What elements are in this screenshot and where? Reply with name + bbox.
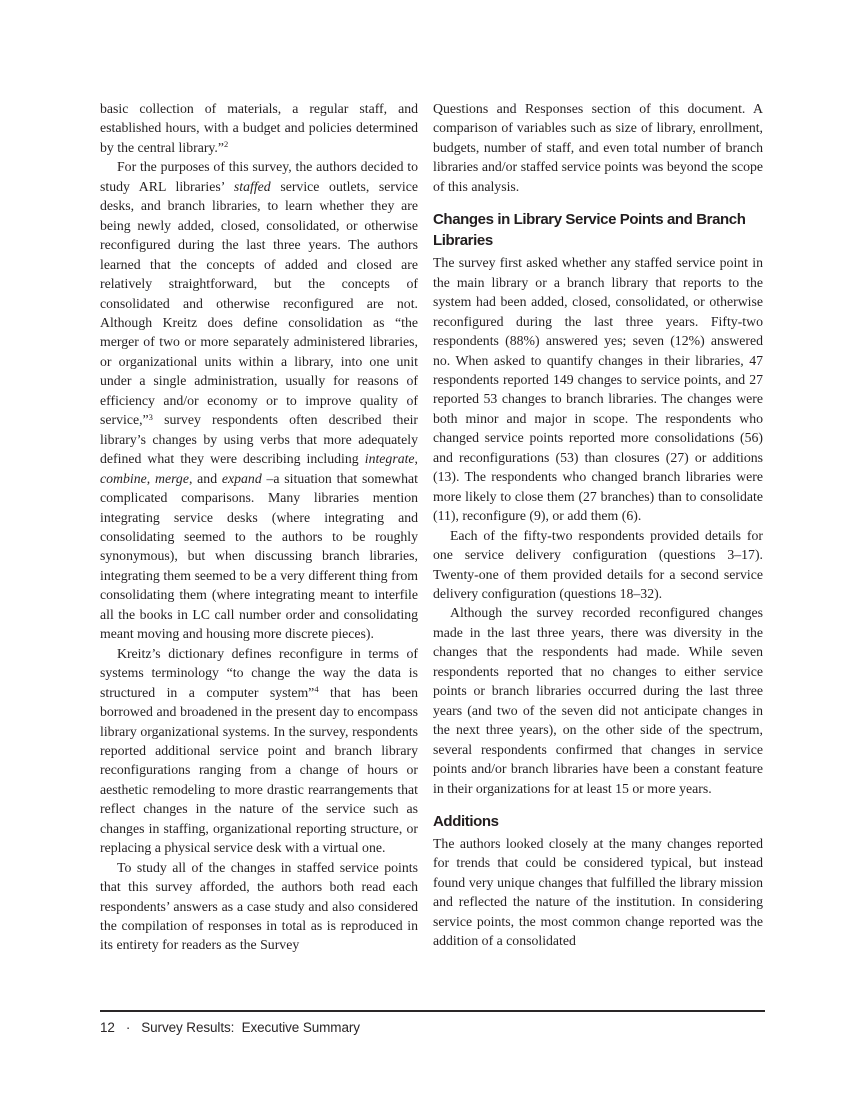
body-paragraph: basic collection of materials, a regular… <box>100 99 418 157</box>
text-run: Although the survey recorded reconfigure… <box>433 605 763 795</box>
italic-text-run: combine <box>100 471 147 486</box>
body-paragraph: Each of the fifty-two respondents provid… <box>433 526 763 604</box>
text-run: basic collection of materials, a regular… <box>100 101 418 155</box>
footer-line: 12 · Survey Results: Executive Summary <box>100 1020 765 1035</box>
footnote-reference: 4 <box>314 684 318 694</box>
text-run: , <box>415 451 418 466</box>
two-column-text-body: basic collection of materials, a regular… <box>100 99 763 955</box>
body-paragraph: Kreitz’s dictionary defines reconfigure … <box>100 644 418 858</box>
text-run: service outlets, service desks, and bran… <box>100 179 418 427</box>
section-heading: Additions <box>433 811 763 832</box>
footnote-reference: 2 <box>224 139 228 149</box>
footer-section-title: Survey Results: Executive Summary <box>141 1020 360 1035</box>
footer-rule <box>100 1010 765 1012</box>
document-page: basic collection of materials, a regular… <box>0 0 849 1100</box>
text-run: The authors looked closely at the many c… <box>433 836 763 948</box>
text-run: Each of the fifty-two respondents provid… <box>433 528 763 601</box>
body-paragraph: To study all of the changes in staffed s… <box>100 858 418 955</box>
text-run: To study all of the changes in staffed s… <box>100 860 418 953</box>
page: { "footer": { "page_number": "12", "sepa… <box>0 0 849 1100</box>
body-paragraph: For the purposes of this survey, the aut… <box>100 157 418 643</box>
text-run: –a situation that somewhat complicated c… <box>100 471 418 642</box>
italic-text-run: integrate <box>365 451 415 466</box>
text-run: Changes in Library Service Points and Br… <box>433 211 746 249</box>
text-run: The survey first asked whether any staff… <box>433 255 763 523</box>
column-right: Questions and Responses section of this … <box>433 99 763 955</box>
text-run: Questions and Responses section of this … <box>433 101 763 194</box>
footer-separator-dot: · <box>126 1020 130 1035</box>
text-run: , <box>147 471 155 486</box>
text-run: Additions <box>433 813 499 830</box>
italic-text-run: expand <box>222 471 262 486</box>
italic-text-run: merge <box>155 471 189 486</box>
text-run: that has been borrowed and broadened in … <box>100 685 418 856</box>
text-run: , and <box>189 471 222 486</box>
body-paragraph: Questions and Responses section of this … <box>433 99 763 196</box>
column-left: basic collection of materials, a regular… <box>100 99 418 955</box>
body-paragraph: The authors looked closely at the many c… <box>433 834 763 951</box>
page-footer: 12 · Survey Results: Executive Summary <box>100 1010 765 1035</box>
page-number: 12 <box>100 1020 115 1035</box>
section-heading: Changes in Library Service Points and Br… <box>433 209 763 251</box>
footnote-reference: 3 <box>149 412 153 422</box>
body-paragraph: The survey first asked whether any staff… <box>433 253 763 525</box>
body-paragraph: Although the survey recorded reconfigure… <box>433 603 763 798</box>
italic-text-run: staffed <box>234 179 271 194</box>
